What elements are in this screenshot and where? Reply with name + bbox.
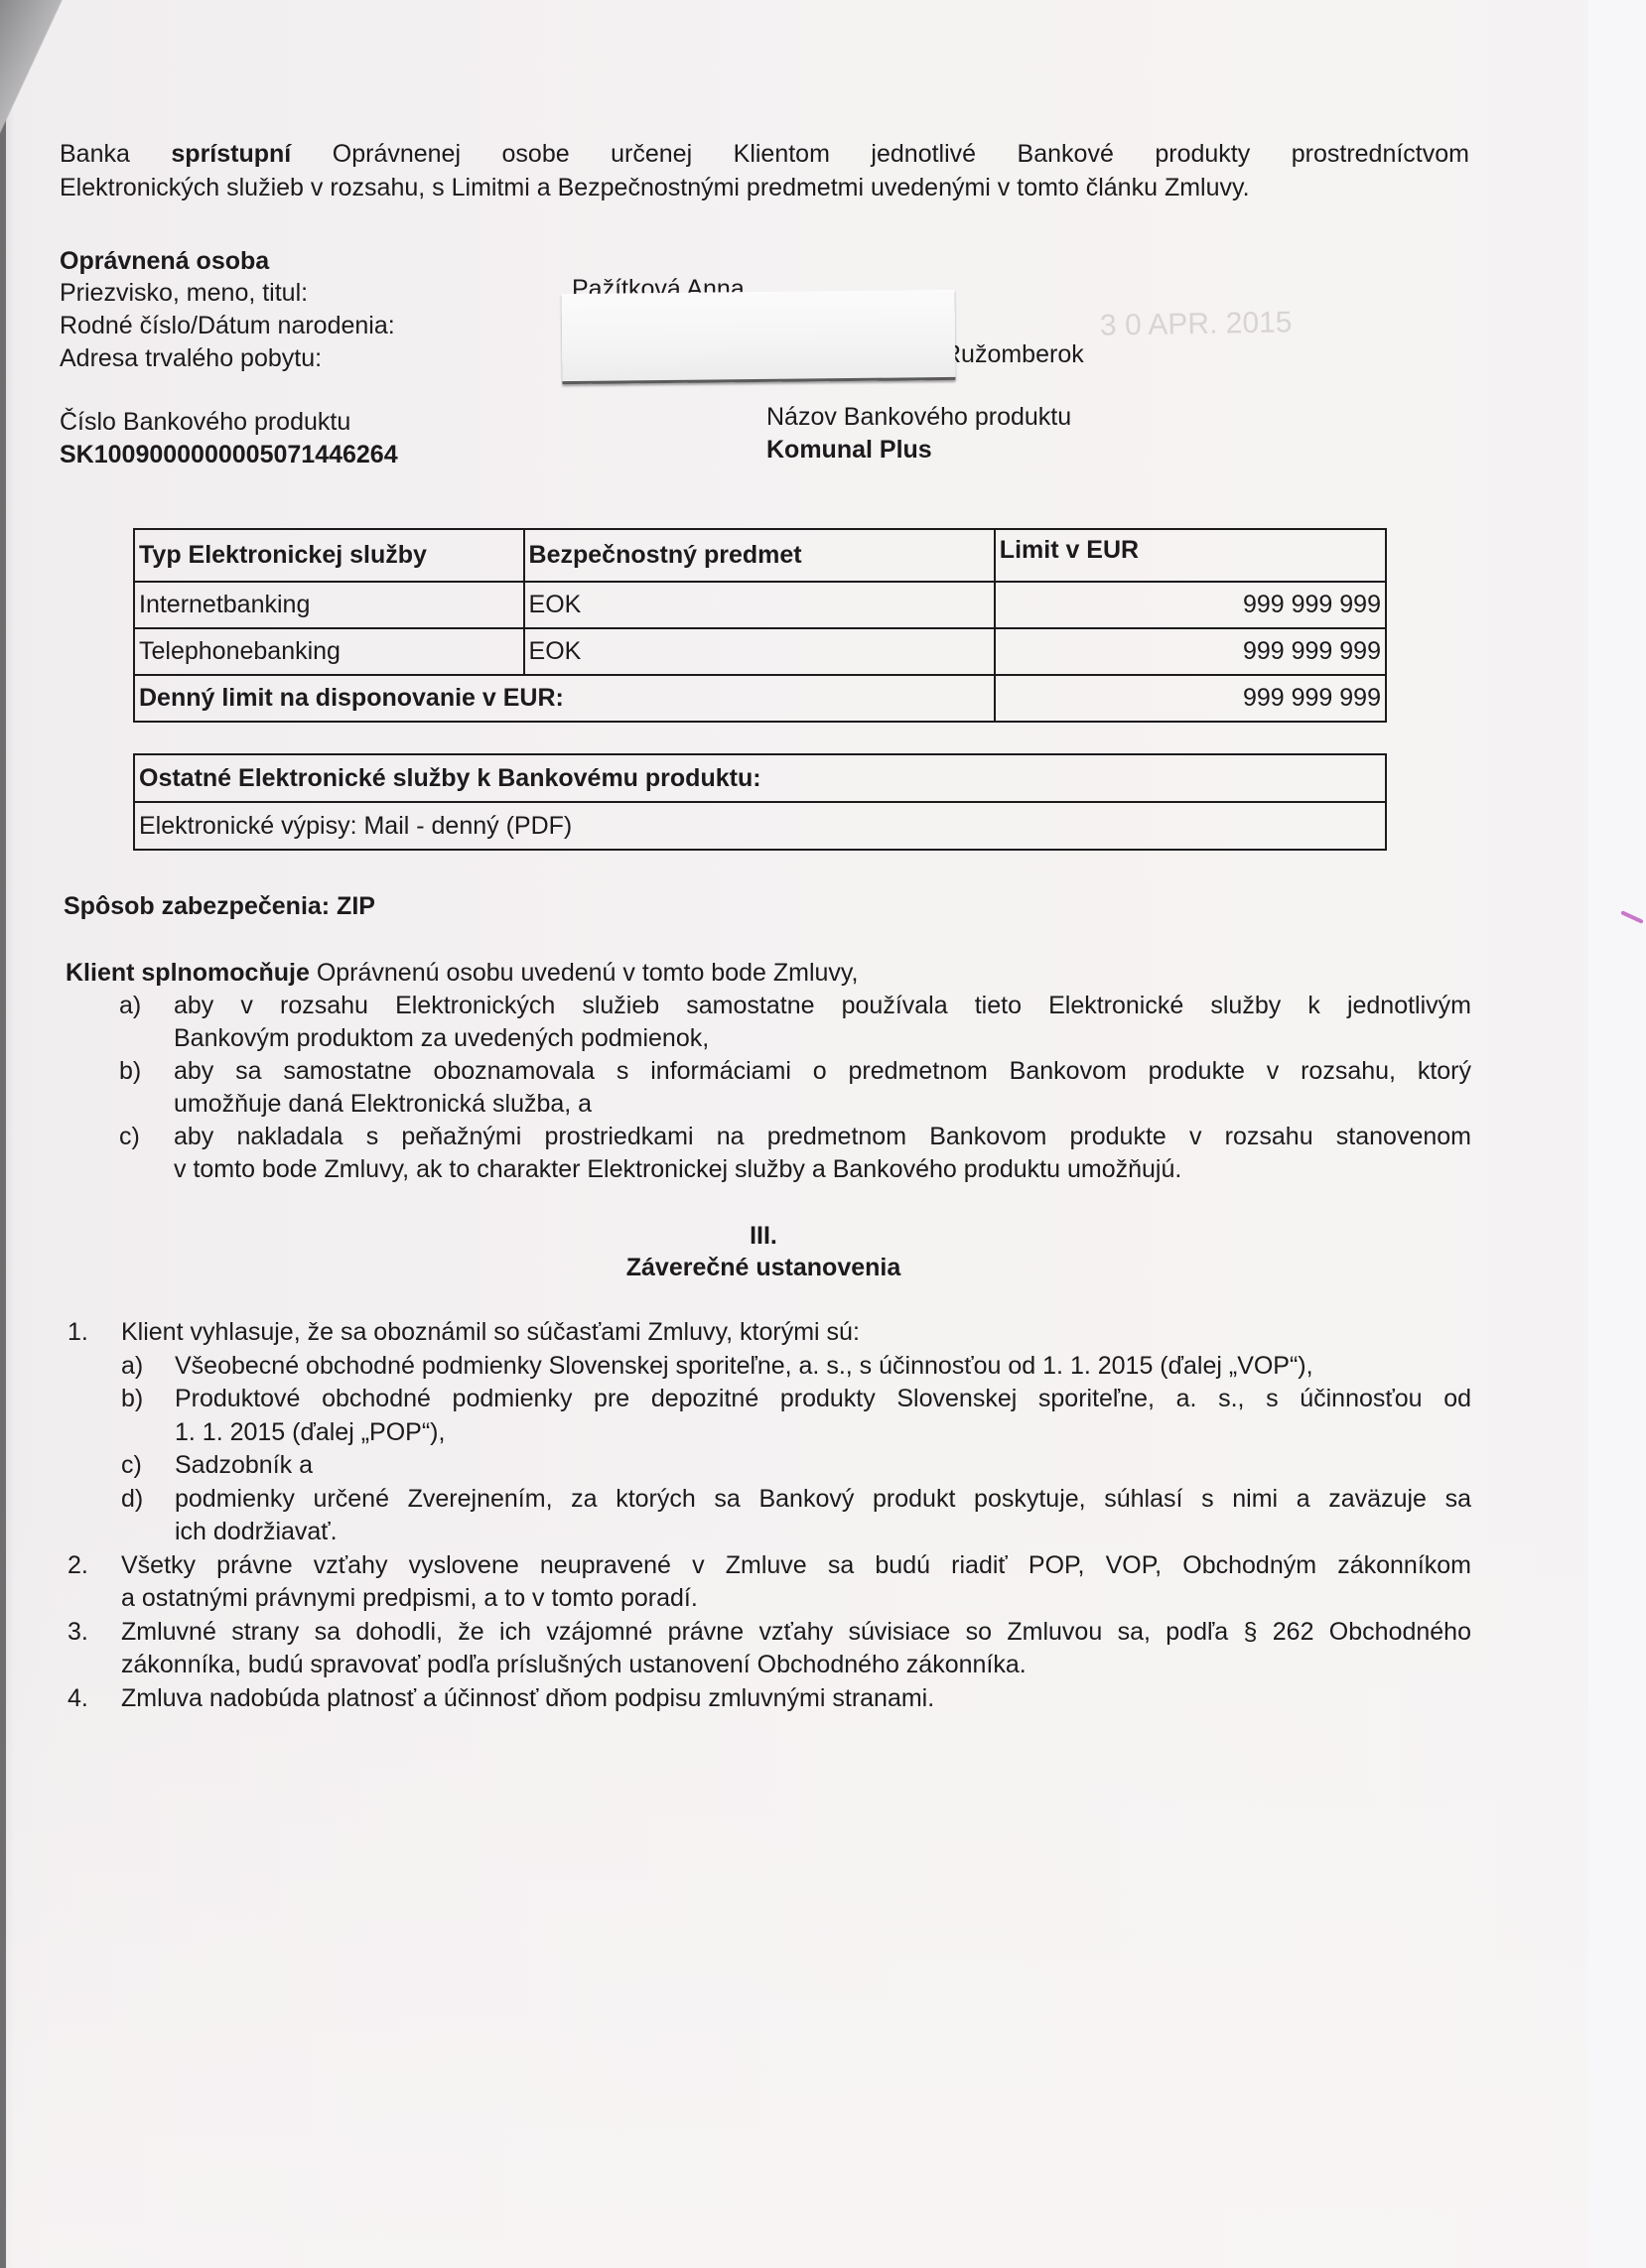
authorization-lead: Klient splnomocňuje Oprávnenú osobu uved… <box>66 958 859 988</box>
clause-number: 1. <box>68 1317 88 1347</box>
section-title: Záverečné ustanovenia <box>0 1253 1586 1282</box>
list-item-line: v tomto bode Zmluvy, ak to charakter Ele… <box>174 1154 1181 1184</box>
other-services-item: Elektronické výpisy: Mail - denný (PDF) <box>134 802 1386 850</box>
cell-security: EOK <box>524 582 995 628</box>
product-name-value: Komunal Plus <box>766 435 932 465</box>
services-table: Typ Elektronickej služby Bezpečnostný pr… <box>133 528 1387 723</box>
table-header-row: Typ Elektronickej služby Bezpečnostný pr… <box>134 529 1386 582</box>
list-item-line: aby v rozsahu Elektronických služieb sam… <box>174 991 1471 1020</box>
list-marker: b) <box>119 1056 141 1086</box>
sub-marker: c) <box>121 1450 142 1480</box>
clause-number: 3. <box>68 1617 88 1647</box>
address-fragment: Ružomberok <box>943 339 1084 369</box>
cell-service: Telephonebanking <box>134 628 524 675</box>
sub-marker: b) <box>121 1384 143 1413</box>
table-row: Telephonebanking EOK 999 999 999 <box>134 628 1386 675</box>
cell-security: EOK <box>524 628 995 675</box>
list-item-line: Bankovým produktom za uvedených podmieno… <box>174 1023 709 1053</box>
intro-line-1: Banka sprístupní Oprávnenej osobe určene… <box>60 139 1469 169</box>
daily-limit-label: Denný limit na disponovanie v EUR: <box>134 675 995 722</box>
intro-line-2: Elektronických služieb v rozsahu, s Limi… <box>60 173 1250 202</box>
sub-line: Produktové obchodné podmienky pre depozi… <box>175 1384 1471 1413</box>
redaction-sticker <box>562 290 956 384</box>
clause-line: Všetky právne vzťahy vyslovene neupraven… <box>121 1550 1471 1580</box>
pen-mark <box>1620 910 1643 924</box>
header-security-item: Bezpečnostný predmet <box>524 529 995 582</box>
product-number-label: Číslo Bankového produktu <box>60 407 350 437</box>
corner-fold-shadow <box>0 0 79 159</box>
header-limit: Limit v EUR <box>995 529 1386 582</box>
birth-label: Rodné číslo/Dátum narodenia: <box>60 311 395 340</box>
sub-line: ich dodržiavať. <box>175 1517 338 1546</box>
security-method: Spôsob zabezpečenia: ZIP <box>64 891 375 921</box>
clause-number: 4. <box>68 1683 88 1713</box>
product-number-value: SK1009000000005071446264 <box>60 440 398 469</box>
sub-line: Všeobecné obchodné podmienky Slovenskej … <box>175 1351 1313 1381</box>
table-row: Internetbanking EOK 999 999 999 <box>134 582 1386 628</box>
list-item-line: umožňuje daná Elektronická služba, a <box>174 1089 592 1119</box>
clause-line: Zmluva nadobúda platnosť a účinnosť dňom… <box>121 1683 934 1713</box>
sub-line: Sadzobník a <box>175 1450 313 1480</box>
authorized-person-heading: Oprávnená osoba <box>60 246 269 276</box>
name-label: Priezvisko, meno, titul: <box>60 278 308 308</box>
sub-marker: a) <box>121 1351 143 1381</box>
sub-marker: d) <box>121 1484 143 1514</box>
other-services-heading: Ostatné Elektronické služby k Bankovému … <box>134 754 1386 802</box>
list-item-line: aby nakladala s peňažnými prostriedkami … <box>174 1122 1471 1151</box>
clause-line: a ostatnými právnymi predpismi, a to v t… <box>121 1583 698 1613</box>
address-label: Adresa trvalého pobytu: <box>60 343 322 373</box>
other-services-table: Ostatné Elektronické služby k Bankovému … <box>133 753 1387 851</box>
header-service-type: Typ Elektronickej služby <box>134 529 524 582</box>
section-number: III. <box>0 1221 1586 1251</box>
sub-line: 1. 1. 2015 (ďalej „POP“), <box>175 1417 445 1447</box>
cell-limit: 999 999 999 <box>995 628 1386 675</box>
clause-line: Zmluvné strany sa dohodli, že ich vzájom… <box>121 1617 1471 1647</box>
list-item-line: aby sa samostatne oboznamovala s informá… <box>174 1056 1471 1086</box>
page-edge-shadow <box>0 0 6 2268</box>
clause-number: 2. <box>68 1550 88 1580</box>
daily-limit-row: Denný limit na disponovanie v EUR: 999 9… <box>134 675 1386 722</box>
clause-line: zákonníka, budú spravovať podľa príslušn… <box>121 1650 1027 1679</box>
cell-limit: 999 999 999 <box>995 582 1386 628</box>
clause-line: Klient vyhlasuje, že sa oboznámil so súč… <box>121 1317 860 1347</box>
list-marker: a) <box>119 991 141 1020</box>
daily-limit-value: 999 999 999 <box>995 675 1386 722</box>
product-name-label: Názov Bankového produktu <box>766 402 1071 432</box>
bleed-through-stamp: 3 0 APR. 2015 <box>1100 306 1293 342</box>
list-marker: c) <box>119 1122 140 1151</box>
cell-service: Internetbanking <box>134 582 524 628</box>
sub-line: podmienky určené Zverejnením, za ktorých… <box>175 1484 1471 1514</box>
